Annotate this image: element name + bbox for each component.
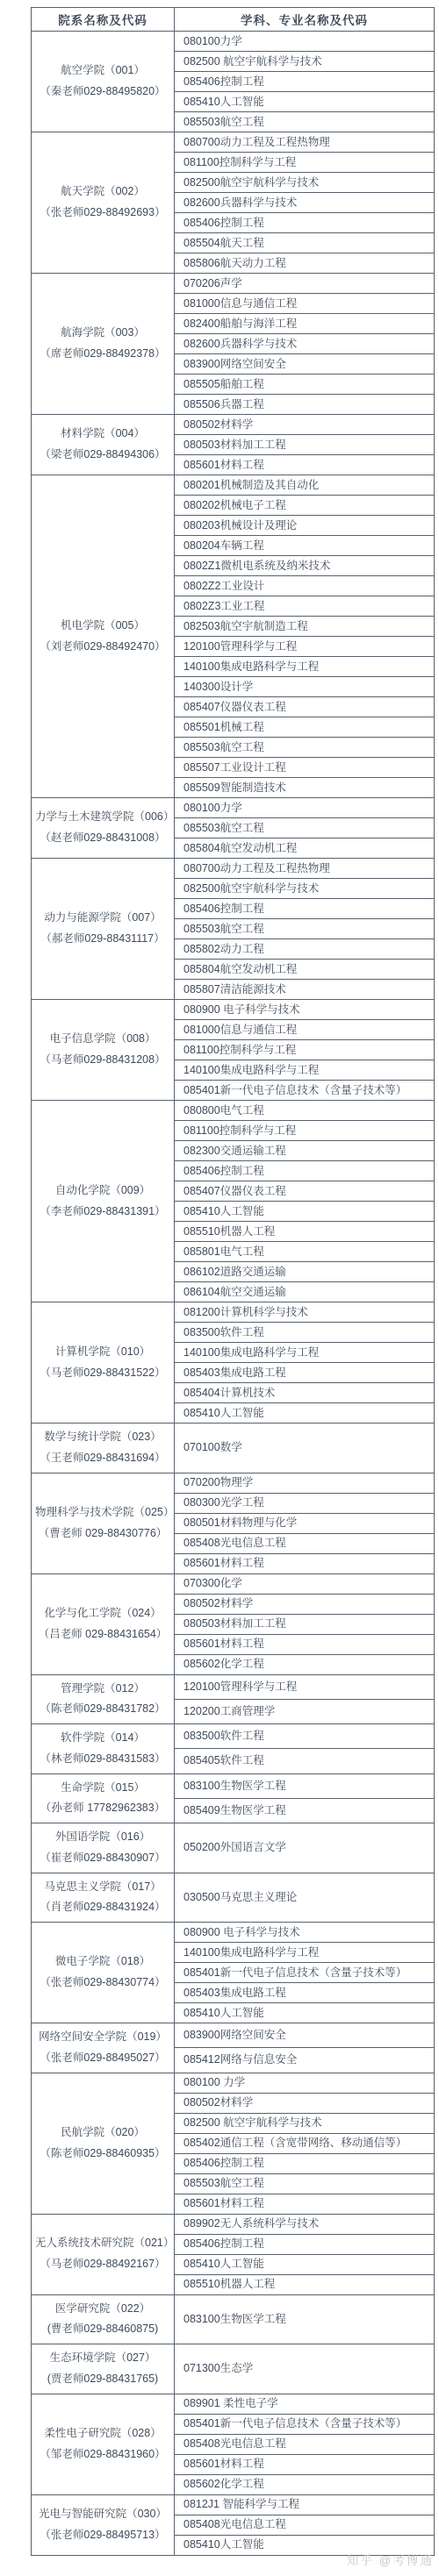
department-cell: 数学与统计学院（023）（王老师029-88431694） <box>32 1424 175 1474</box>
department-cell: 微电子学院（018）（张老师029-88430774） <box>32 1923 175 2023</box>
department-cell: 外国语学院（016）（崔老师029-88430907） <box>32 1823 175 1873</box>
major-cell: 082500航空宇航科学与技术 <box>175 879 435 899</box>
major-cell: 070100数学 <box>175 1424 435 1474</box>
major-cell: 085410人工智能 <box>175 2254 435 2274</box>
department-name: 医学研究院（022） <box>35 2299 170 2320</box>
major-cell: 085402通信工程（含宽带网络、移动通信等） <box>175 2133 435 2153</box>
department-cell: 柔性电子研究院（028）（邹老师029-88431960） <box>32 2394 175 2494</box>
major-cell: 082500 航空宇航科学与技术 <box>175 2113 435 2133</box>
watermark: 知乎 @考博通 <box>347 2551 434 2568</box>
major-cell: 085801电气工程 <box>175 1242 435 1262</box>
major-cell: 0802Z1微机电系统及纳米技术 <box>175 556 435 576</box>
department-cell: 动力与能源学院（007）（郝老师029-88431117） <box>32 859 175 1000</box>
major-cell: 070206声学 <box>175 274 435 294</box>
department-contact: （梁老师029-88494306） <box>35 445 170 466</box>
major-cell: 085503航空工程 <box>175 919 435 939</box>
department-name: 航天学院（002） <box>35 182 170 203</box>
department-name: 生态环境学院（027） <box>35 2348 170 2369</box>
department-contact: （席老师029-88492378） <box>35 344 170 365</box>
col-header-department: 院系名称及代码 <box>32 8 175 32</box>
major-cell: 085406控制工程 <box>175 2234 435 2254</box>
department-cell: 力学与土木建筑学院（006）（赵老师029-88431008） <box>32 798 175 859</box>
major-cell: 089901 柔性电子学 <box>175 2394 435 2414</box>
major-cell: 120200工商管理学 <box>175 1699 435 1723</box>
table-row: 生命学院（015）（孙老师 17782962383）083100生物医学工程 <box>32 1773 435 1798</box>
table-row: 计算机学院（010）（马老师029-88431522）081200计算机科学与技… <box>32 1302 435 1323</box>
department-cell: 无人系统技术研究院（021）（马老师029-88492167） <box>32 2214 175 2294</box>
major-cell: 085602化学工程 <box>175 1654 435 1674</box>
major-cell: 085510机器人工程 <box>175 1222 435 1242</box>
department-contact: （吕老师 029-88431654） <box>35 1624 170 1645</box>
table-row: 电子信息学院（008）（马老师029-88431208）080900 电子科学与… <box>32 1000 435 1020</box>
major-cell: 085407仪器仪表工程 <box>175 1181 435 1202</box>
major-cell: 0802Z2工业设计 <box>175 576 435 596</box>
major-cell: 0812J1 智能科学与工程 <box>175 2494 435 2515</box>
major-cell: 085601材料工程 <box>175 455 435 475</box>
department-name: 民航学院（020） <box>35 2123 170 2144</box>
major-cell: 086102道路交通运输 <box>175 1262 435 1282</box>
department-cell: 自动化学院（009）（李老师029-88431391） <box>32 1101 175 1302</box>
table-row: 力学与土木建筑学院（006）（赵老师029-88431008）080100力学 <box>32 798 435 818</box>
table-row: 材料学院（004）（梁老师029-88494306）080502材料学 <box>32 415 435 435</box>
major-cell: 080503材料加工工程 <box>175 1614 435 1634</box>
department-name: 航海学院（003） <box>35 323 170 344</box>
major-cell: 081000信息与通信工程 <box>175 294 435 314</box>
table-row: 微电子学院（018）（张老师029-88430774）080900 电子科学与技… <box>32 1923 435 1943</box>
major-cell: 081100控制科学与工程 <box>175 1040 435 1060</box>
department-name: 航空学院（001） <box>35 61 170 82</box>
department-contact: （张老师029-88495713） <box>35 2525 170 2546</box>
major-cell: 081100控制科学与工程 <box>175 1121 435 1141</box>
department-name: 物理科学与技术学院（025） <box>35 1502 170 1523</box>
department-cell: 生命学院（015）（孙老师 17782962383） <box>32 1773 175 1823</box>
major-cell: 082400船舶与海洋工程 <box>175 314 435 334</box>
table-row: 航空学院（001）（秦老师029-88495820）080100力学 <box>32 32 435 52</box>
major-cell: 085507工业设计工程 <box>175 758 435 778</box>
major-cell: 082300交通运输工程 <box>175 1141 435 1161</box>
department-cell: 生态环境学院（027）(贾老师029-88431765) <box>32 2344 175 2394</box>
major-cell: 085804航空发动机工程 <box>175 838 435 859</box>
department-cell: 化学与化工学院（024）（吕老师 029-88431654） <box>32 1573 175 1674</box>
department-cell: 软件学院（014）（林老师029-88431583） <box>32 1724 175 1774</box>
major-cell: 083100生物医学工程 <box>175 1773 435 1798</box>
major-cell: 085601材料工程 <box>175 1553 435 1573</box>
major-cell: 085509智能制造技术 <box>175 778 435 798</box>
major-cell: 080204车辆工程 <box>175 536 435 556</box>
major-cell: 082503航空宇航制造工程 <box>175 617 435 637</box>
department-name: 电子信息学院（008） <box>35 1029 170 1050</box>
major-cell: 085410人工智能 <box>175 1403 435 1424</box>
department-cell: 航空学院（001）（秦老师029-88495820） <box>32 32 175 132</box>
department-cell: 电子信息学院（008）（马老师029-88431208） <box>32 1000 175 1101</box>
major-cell: 085503航空工程 <box>175 818 435 838</box>
major-cell: 071300生态学 <box>175 2344 435 2394</box>
major-cell: 085601材料工程 <box>175 2454 435 2474</box>
table-row: 数学与统计学院（023）（王老师029-88431694）070100数学 <box>32 1424 435 1474</box>
department-cell: 管理学院（012）（陈老师029-88431782） <box>32 1674 175 1724</box>
major-cell: 082500 航空宇航科学与技术 <box>175 52 435 72</box>
major-cell: 081100控制科学与工程 <box>175 153 435 173</box>
department-name: 柔性电子研究院（028） <box>35 2423 170 2444</box>
department-contact: （曹老师 029-88430776） <box>35 1523 170 1545</box>
department-name: 自动化学院（009） <box>35 1181 170 1202</box>
table-row: 医学研究院（022）(曹老师029-88460875)083100生物医学工程 <box>32 2294 435 2344</box>
major-cell: 085503航空工程 <box>175 2173 435 2194</box>
major-cell: 085405软件工程 <box>175 1749 435 1773</box>
major-cell: 140300设计学 <box>175 677 435 697</box>
department-name: 动力与能源学院（007） <box>35 908 170 929</box>
department-cell: 医学研究院（022）(曹老师029-88460875) <box>32 2294 175 2344</box>
department-contact: （张老师029-88430774） <box>35 1973 170 1994</box>
department-name: 生命学院（015） <box>35 1778 170 1799</box>
major-cell: 080202机械电子工程 <box>175 496 435 516</box>
major-cell: 085602化学工程 <box>175 2474 435 2494</box>
table-row: 管理学院（012）（陈老师029-88431782）120100管理科学与工程 <box>32 1674 435 1699</box>
department-name: 光电与智能研究院（030） <box>35 2504 170 2525</box>
department-name: 无人系统技术研究院（021） <box>35 2233 170 2254</box>
department-contact: （邹老师029-88431960） <box>35 2444 170 2465</box>
major-cell: 085403集成电路工程 <box>175 1983 435 2003</box>
major-cell: 030500马克思主义理论 <box>175 1873 435 1923</box>
major-cell: 120100管理科学与工程 <box>175 637 435 657</box>
department-contact: （刘老师029-88492470） <box>35 637 170 658</box>
department-contact: （肖老师029-88431924） <box>35 1897 170 1918</box>
department-cell: 机电学院（005）（刘老师029-88492470） <box>32 475 175 798</box>
table-row: 民航学院（020）（陈老师029-88460935）080100 力学 <box>32 2073 435 2093</box>
major-cell: 080501材料物理与化学 <box>175 1513 435 1533</box>
major-cell: 085412网络与信息安全 <box>175 2048 435 2073</box>
major-cell: 085501机械工程 <box>175 717 435 738</box>
major-cell: 085403集成电路工程 <box>175 1363 435 1383</box>
department-name: 材料学院（004） <box>35 424 170 445</box>
department-cell: 材料学院（004）（梁老师029-88494306） <box>32 415 175 475</box>
department-contact: （王老师029-88431694） <box>35 1448 170 1469</box>
major-cell: 050200外国语言文学 <box>175 1823 435 1873</box>
department-name: 微电子学院（018） <box>35 1952 170 1973</box>
department-name: 软件学院（014） <box>35 1728 170 1749</box>
major-cell: 120100管理科学与工程 <box>175 1674 435 1699</box>
header-row: 院系名称及代码 学科、专业名称及代码 <box>32 8 435 32</box>
department-contact: （赵老师029-88431008） <box>35 828 170 849</box>
major-cell: 080900 电子科学与技术 <box>175 1000 435 1020</box>
major-cell: 080203机械设计及理论 <box>175 516 435 536</box>
major-cell: 085804航空发动机工程 <box>175 960 435 980</box>
department-contact: (贾老师029-88431765) <box>35 2369 170 2390</box>
major-cell: 085503航空工程 <box>175 112 435 132</box>
department-contact: (曹老师029-88460875) <box>35 2319 170 2340</box>
department-contact: （林老师029-88431583） <box>35 1749 170 1770</box>
major-cell: 085503航空工程 <box>175 738 435 758</box>
department-cell: 网络空间安全学院（019）（张老师029-88495027） <box>32 2023 175 2073</box>
table-row: 光电与智能研究院（030）（张老师029-88495713）0812J1 智能科… <box>32 2494 435 2515</box>
department-name: 数学与统计学院（023） <box>35 1427 170 1448</box>
page: 院系名称及代码 学科、专业名称及代码 航空学院（001）（秦老师029-8849… <box>0 0 439 2573</box>
table-row: 机电学院（005）（刘老师029-88492470）080201机械制造及其自动… <box>32 475 435 496</box>
major-cell: 085410人工智能 <box>175 92 435 112</box>
department-contact: （马老师029-88492167） <box>35 2254 170 2275</box>
major-cell: 080201机械制造及其自动化 <box>175 475 435 496</box>
major-cell: 080700动力工程及工程热物理 <box>175 132 435 153</box>
table-row: 航海学院（003）（席老师029-88492378）070206声学 <box>32 274 435 294</box>
major-cell: 080502材料学 <box>175 1594 435 1614</box>
department-contact: （张老师029-88495027） <box>35 2048 170 2069</box>
department-cell: 光电与智能研究院（030）（张老师029-88495713） <box>32 2494 175 2555</box>
major-cell: 140100集成电路科学与工程 <box>175 1943 435 1963</box>
major-cell: 080502材料学 <box>175 415 435 435</box>
department-contact: （陈老师029-88460935） <box>35 2144 170 2165</box>
major-cell: 085407仪器仪表工程 <box>175 697 435 717</box>
department-contact: （孙老师 17782962383） <box>35 1798 170 1819</box>
major-cell: 085505船舶工程 <box>175 375 435 395</box>
major-cell: 083500软件工程 <box>175 1323 435 1343</box>
department-cell: 计算机学院（010）（马老师029-88431522） <box>32 1302 175 1424</box>
major-cell: 085601材料工程 <box>175 2194 435 2214</box>
table-row: 无人系统技术研究院（021）（马老师029-88492167）089902无人系… <box>32 2214 435 2234</box>
major-cell: 070300化学 <box>175 1573 435 1594</box>
major-cell: 085406控制工程 <box>175 72 435 92</box>
table-row: 航天学院（002）（张老师029-88492693）080700动力工程及工程热… <box>32 132 435 153</box>
table-row: 化学与化工学院（024）（吕老师 029-88431654）070300化学 <box>32 1573 435 1594</box>
major-cell: 080700动力工程及工程热物理 <box>175 859 435 879</box>
department-contact: （马老师029-88431522） <box>35 1363 170 1384</box>
department-name: 计算机学院（010） <box>35 1342 170 1363</box>
table-body: 航空学院（001）（秦老师029-88495820）080100力学082500… <box>32 32 435 2556</box>
table-row: 物理科学与技术学院（025）（曹老师 029-88430776）070200物理… <box>32 1473 435 1493</box>
table-row: 柔性电子研究院（028）（邹老师029-88431960）089901 柔性电子… <box>32 2394 435 2414</box>
major-cell: 080800电气工程 <box>175 1101 435 1121</box>
major-cell: 080100 力学 <box>175 2073 435 2093</box>
department-cell: 航海学院（003）（席老师029-88492378） <box>32 274 175 415</box>
table-row: 自动化学院（009）（李老师029-88431391）080800电气工程 <box>32 1101 435 1121</box>
major-cell: 085802动力工程 <box>175 939 435 960</box>
major-cell: 089902无人系统科学与技术 <box>175 2214 435 2234</box>
major-cell: 085401新一代电子信息技术（含量子技术等） <box>175 2414 435 2434</box>
major-cell: 080300光学工程 <box>175 1493 435 1513</box>
major-cell: 082500航空宇航科学与技术 <box>175 173 435 193</box>
major-cell: 085410人工智能 <box>175 2003 435 2023</box>
major-cell: 140100集成电路科学与工程 <box>175 657 435 677</box>
major-cell: 085806航天动力工程 <box>175 253 435 274</box>
department-contact: （崔老师029-88430907） <box>35 1848 170 1869</box>
major-cell: 085408光电信息工程 <box>175 1533 435 1553</box>
department-contact: （陈老师029-88431782） <box>35 1699 170 1720</box>
major-cell: 085401新一代电子信息技术（含量子技术等） <box>175 1963 435 1983</box>
department-name: 外国语学院（016） <box>35 1827 170 1848</box>
major-cell: 085406控制工程 <box>175 899 435 919</box>
major-cell: 085506兵器工程 <box>175 395 435 415</box>
department-contact: （郝老师029-88431117） <box>35 929 170 950</box>
department-name: 化学与化工学院（024） <box>35 1603 170 1624</box>
major-cell: 083500软件工程 <box>175 1724 435 1749</box>
table-row: 软件学院（014）（林老师029-88431583）083500软件工程 <box>32 1724 435 1749</box>
department-contact: （李老师029-88431391） <box>35 1202 170 1223</box>
major-cell: 085404计算机技术 <box>175 1383 435 1403</box>
department-contact: （张老师029-88492693） <box>35 203 170 224</box>
major-cell: 085807清洁能源技术 <box>175 980 435 1000</box>
department-cell: 物理科学与技术学院（025）（曹老师 029-88430776） <box>32 1473 175 1573</box>
department-cell: 航天学院（002）（张老师029-88492693） <box>32 132 175 274</box>
department-contact: （马老师029-88431208） <box>35 1050 170 1071</box>
major-cell: 080100力学 <box>175 798 435 818</box>
table-row: 动力与能源学院（007）（郝老师029-88431117）080700动力工程及… <box>32 859 435 879</box>
major-cell: 085510机器人工程 <box>175 2274 435 2294</box>
table-row: 马克思主义学院（017）（肖老师029-88431924）030500马克思主义… <box>32 1873 435 1923</box>
major-cell: 086104航空交通运输 <box>175 1282 435 1302</box>
major-cell: 080502材料学 <box>175 2093 435 2113</box>
major-cell: 083900网络空间安全 <box>175 354 435 375</box>
department-contact: （秦老师029-88495820） <box>35 82 170 103</box>
major-cell: 140100集成电路科学与工程 <box>175 1343 435 1363</box>
major-cell: 085406控制工程 <box>175 1161 435 1181</box>
department-cell: 民航学院（020）（陈老师029-88460935） <box>32 2073 175 2214</box>
major-cell: 083100生物医学工程 <box>175 2294 435 2344</box>
department-name: 马克思主义学院（017） <box>35 1877 170 1898</box>
major-cell: 085408光电信息工程 <box>175 2515 435 2535</box>
major-cell: 085409生物医学工程 <box>175 1798 435 1823</box>
major-cell: 082600兵器科学与技术 <box>175 334 435 354</box>
table-row: 外国语学院（016）（崔老师029-88430907）050200外国语言文学 <box>32 1823 435 1873</box>
table-row: 网络空间安全学院（019）（张老师029-88495027）083900网络空间… <box>32 2023 435 2048</box>
major-cell: 085601材料工程 <box>175 1634 435 1654</box>
major-cell: 140100集成电路科学与工程 <box>175 1060 435 1081</box>
major-cell: 085504航天工程 <box>175 233 435 253</box>
major-cell: 081200计算机科学与技术 <box>175 1302 435 1323</box>
major-cell: 085406控制工程 <box>175 2153 435 2173</box>
major-cell: 0802Z3工业工程 <box>175 596 435 617</box>
department-name: 力学与土木建筑学院（006） <box>35 807 170 828</box>
table-row: 生态环境学院（027）(贾老师029-88431765)071300生态学 <box>32 2344 435 2394</box>
department-name: 机电学院（005） <box>35 616 170 637</box>
major-cell: 082600兵器科学与技术 <box>175 193 435 213</box>
department-cell: 马克思主义学院（017）（肖老师029-88431924） <box>32 1873 175 1923</box>
major-cell: 070200物理学 <box>175 1473 435 1493</box>
major-cell: 081000信息与通信工程 <box>175 1020 435 1040</box>
col-header-major: 学科、专业名称及代码 <box>175 8 435 32</box>
major-cell: 080100力学 <box>175 32 435 52</box>
department-name: 管理学院（012） <box>35 1679 170 1700</box>
major-cell: 085408光电信息工程 <box>175 2434 435 2454</box>
major-cell: 085406控制工程 <box>175 213 435 233</box>
major-cell: 085401新一代电子信息技术（含量子技术等） <box>175 1081 435 1101</box>
departments-majors-table: 院系名称及代码 学科、专业名称及代码 航空学院（001）（秦老师029-8849… <box>31 7 435 2556</box>
major-cell: 080900 电子科学与技术 <box>175 1923 435 1943</box>
major-cell: 085410人工智能 <box>175 1202 435 1222</box>
department-name: 网络空间安全学院（019） <box>35 2027 170 2048</box>
major-cell: 080503材料加工工程 <box>175 435 435 455</box>
major-cell: 083900网络空间安全 <box>175 2023 435 2048</box>
